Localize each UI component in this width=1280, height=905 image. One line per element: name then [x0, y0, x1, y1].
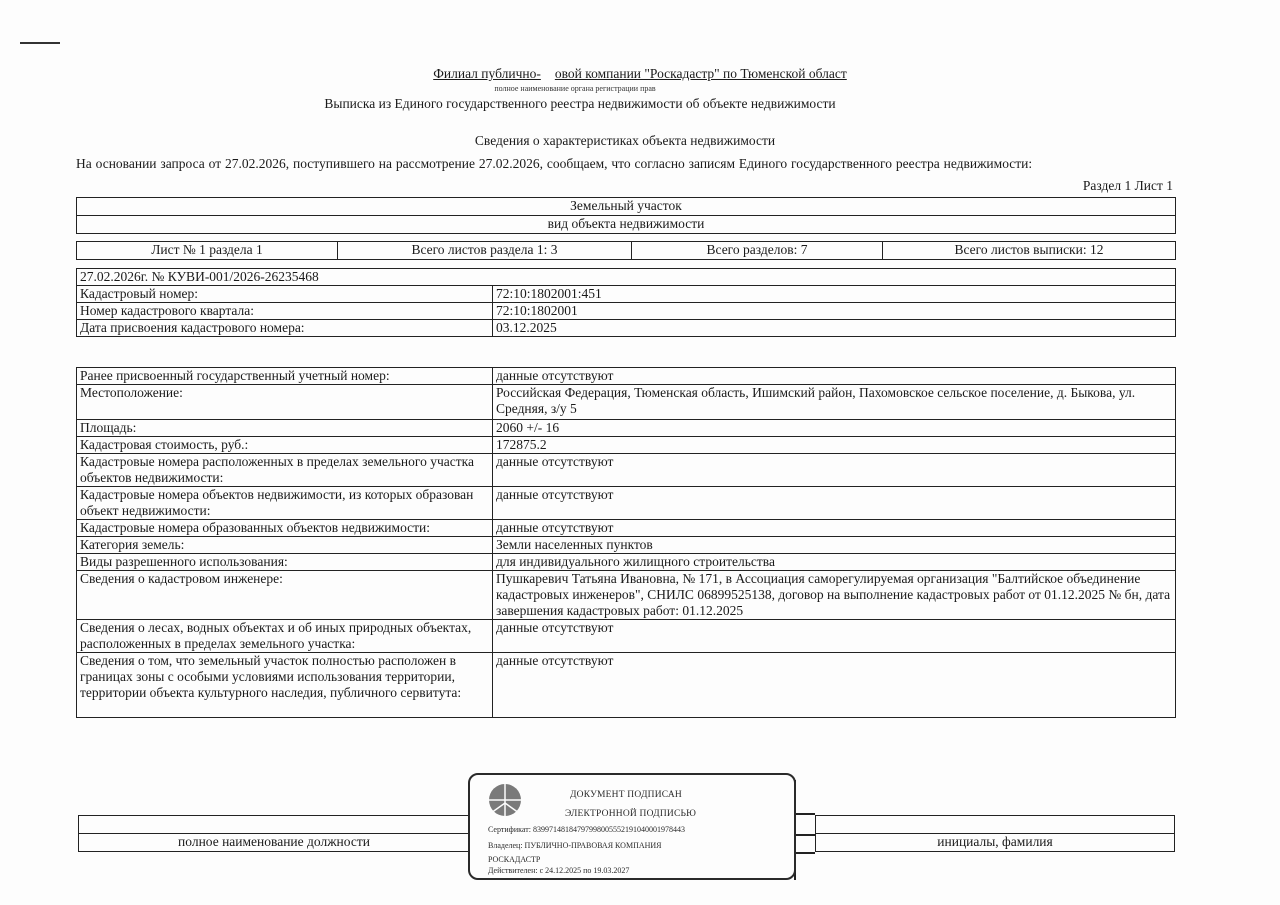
row-value: данные отсутствуют [493, 487, 1176, 520]
name-signature-table: инициалы, фамилия [815, 815, 1175, 852]
section-sheets-total: Всего листов раздела 1: 3 [338, 242, 632, 260]
row-label: Кадастровый номер: [77, 286, 493, 303]
row-label: Сведения о лесах, водных объектах и об и… [77, 620, 493, 653]
location-value: Российская Федерация, Тюменская область,… [493, 385, 1176, 420]
cadastral-engineer-value: Пушкаревич Татьяна Ивановна, № 171, в Ас… [493, 571, 1176, 620]
row-label: Сведения о том, что земельный участок по… [77, 653, 493, 718]
table-row: Дата присвоения кадастрового номера: 03.… [77, 320, 1176, 337]
organization-name-part2: овой компании "Роскадастр" по Тюменской … [555, 66, 847, 81]
rosreestr-emblem-icon [488, 783, 522, 817]
certificate-number: Сертификат: 8399714818479799800555219104… [488, 825, 685, 834]
row-value: данные отсутствуют [493, 454, 1176, 487]
table-row: Площадь: 2060 +/- 16 [77, 420, 1176, 437]
sheet-reference: Раздел 1 Лист 1 [1083, 178, 1173, 194]
row-label: Виды разрешенного использования: [77, 554, 493, 571]
position-caption: полное наименование должности [79, 834, 470, 852]
cadastral-number-date: 03.12.2025 [493, 320, 1176, 337]
certificate-owner-cont: РОСКАДАСТР [488, 855, 540, 864]
object-type-value: Земельный участок [77, 198, 1176, 216]
table-row: Сведения о лесах, водных объектах и об и… [77, 620, 1176, 653]
organization-name: Филиал публично-овой компании "Роскадаст… [0, 66, 1280, 82]
stamp-subheading: ЭЛЕКТРОННОЙ ПОДПИСЬЮ [565, 809, 696, 819]
sheet-number: Лист № 1 раздела 1 [77, 242, 338, 260]
row-label: Кадастровые номера расположенных в преде… [77, 454, 493, 487]
table-row: Ранее присвоенный государственный учетны… [77, 368, 1176, 385]
row-label: Ранее присвоенный государственный учетны… [77, 368, 493, 385]
scan-artifact-line [20, 42, 60, 44]
row-label: Кадастровая стоимость, руб.: [77, 437, 493, 454]
cadastral-number: 72:10:1802001:451 [493, 286, 1176, 303]
table-row: Местоположение: Российская Федерация, Тю… [77, 385, 1176, 420]
details-table: Ранее присвоенный государственный учетны… [76, 367, 1176, 718]
cadastral-value: 172875.2 [493, 437, 1176, 454]
document-title: Выписка из Единого государственного реес… [0, 96, 1160, 112]
row-label: Категория земель: [77, 537, 493, 554]
sections-total: Всего разделов: 7 [632, 242, 883, 260]
row-value: данные отсутствуют [493, 653, 1176, 718]
record-id: 27.02.2026г. № КУВИ-001/2026-26235468 [77, 269, 1176, 286]
table-row: Номер кадастрового квартала: 72:10:18020… [77, 303, 1176, 320]
name-caption: инициалы, фамилия [816, 834, 1175, 852]
row-value: данные отсутствуют [493, 368, 1176, 385]
sheets-info-table: Лист № 1 раздела 1 Всего листов раздела … [76, 241, 1176, 260]
object-type-table: Земельный участок вид объекта недвижимос… [76, 197, 1176, 234]
position-signature-table: полное наименование должности [78, 815, 470, 852]
table-row: Кадастровые номера образованных объектов… [77, 520, 1176, 537]
certificate-validity: Действителен: с 24.12.2025 по 19.03.2027 [488, 866, 629, 875]
certificate-owner: Владелец: ПУБЛИЧНО-ПРАВОВАЯ КОМПАНИЯ [488, 841, 662, 850]
cadastral-block-number: 72:10:1802001 [493, 303, 1176, 320]
table-row: Кадастровый номер: 72:10:1802001:451 [77, 286, 1176, 303]
land-category-value: Земли населенных пунктов [493, 537, 1176, 554]
table-row: Сведения о том, что земельный участок по… [77, 653, 1176, 718]
row-label: Дата присвоения кадастрового номера: [77, 320, 493, 337]
name-blank [816, 816, 1175, 834]
stamp-heading: ДОКУМЕНТ ПОДПИСАН [570, 790, 682, 800]
table-row: Виды разрешенного использования: для инд… [77, 554, 1176, 571]
row-label: Номер кадастрового квартала: [77, 303, 493, 320]
main-info-table: 27.02.2026г. № КУВИ-001/2026-26235468 Ка… [76, 268, 1176, 337]
organization-name-part1: Филиал публично- [433, 66, 541, 81]
section-title: Сведения о характеристиках объекта недви… [0, 133, 1250, 149]
organization-caption: полное наименование органа регистрации п… [0, 84, 1150, 93]
row-value: данные отсутствуют [493, 620, 1176, 653]
area-value: 2060 +/- 16 [493, 420, 1176, 437]
row-label: Сведения о кадастровом инженере: [77, 571, 493, 620]
table-row: Кадастровые номера объектов недвижимости… [77, 487, 1176, 520]
row-label: Кадастровые номера объектов недвижимости… [77, 487, 493, 520]
table-row: Кадастровая стоимость, руб.: 172875.2 [77, 437, 1176, 454]
row-label: Площадь: [77, 420, 493, 437]
object-type-caption: вид объекта недвижимости [77, 216, 1176, 234]
permitted-use-value: для индивидуального жилищного строительс… [493, 554, 1176, 571]
electronic-signature-stamp: ДОКУМЕНТ ПОДПИСАН ЭЛЕКТРОННОЙ ПОДПИСЬЮ С… [468, 773, 796, 880]
table-row: Сведения о кадастровом инженере: Пушкаре… [77, 571, 1176, 620]
position-blank [79, 816, 470, 834]
row-label: Местоположение: [77, 385, 493, 420]
table-row: Категория земель: Земли населенных пункт… [77, 537, 1176, 554]
request-text: На основании запроса от 27.02.2026, пост… [76, 156, 1032, 172]
table-row: Кадастровые номера расположенных в преде… [77, 454, 1176, 487]
row-label: Кадастровые номера образованных объектов… [77, 520, 493, 537]
row-value: данные отсутствуют [493, 520, 1176, 537]
extract-sheets-total: Всего листов выписки: 12 [883, 242, 1176, 260]
